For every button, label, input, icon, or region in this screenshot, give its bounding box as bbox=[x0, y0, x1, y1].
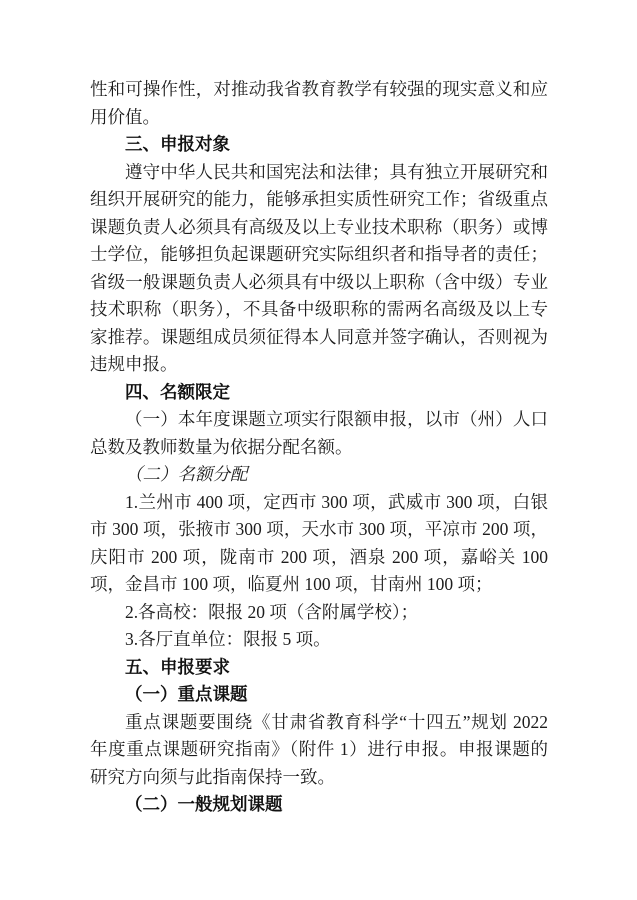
document-page: 性和可操作性，对推动我省教育教学有较强的现实意义和应用价值。 三、申报对象 遵守… bbox=[0, 0, 637, 900]
section-heading-application-targets: 三、申报对象 bbox=[90, 131, 548, 159]
paragraph-key-project-guide: 重点课题要围绕《甘肃省教育科学“十四五”规划 2022 年度重点课题研究指南》（… bbox=[90, 709, 548, 792]
paragraph-city-quotas: 1.兰州市 400 项，定西市 300 项，武威市 300 项，白银市 300 … bbox=[90, 489, 548, 599]
section-heading-quota-limits: 四、名额限定 bbox=[90, 379, 548, 407]
paragraph-university-quota: 2.各高校：限报 20 项（含附属学校）； bbox=[90, 599, 548, 627]
subheading-general-planning-projects: （二）一般规划课题 bbox=[90, 791, 548, 819]
paragraph-quota-basis: （一）本年度课题立项实行限额申报，以市（州）人口总数及教师数量为依据分配名额。 bbox=[90, 406, 548, 461]
subheading-quota-allocation: （二）名额分配 bbox=[90, 461, 548, 489]
subheading-key-projects: （一）重点课题 bbox=[90, 681, 548, 709]
paragraph-eligibility: 遵守中华人民共和国宪法和法律；具有独立开展研究和组织开展研究的能力，能够承担实质… bbox=[90, 159, 548, 379]
paragraph-continuation: 性和可操作性，对推动我省教育教学有较强的现实意义和应用价值。 bbox=[90, 76, 548, 131]
section-heading-application-requirements: 五、申报要求 bbox=[90, 654, 548, 682]
paragraph-department-quota: 3.各厅直单位：限报 5 项。 bbox=[90, 626, 548, 654]
